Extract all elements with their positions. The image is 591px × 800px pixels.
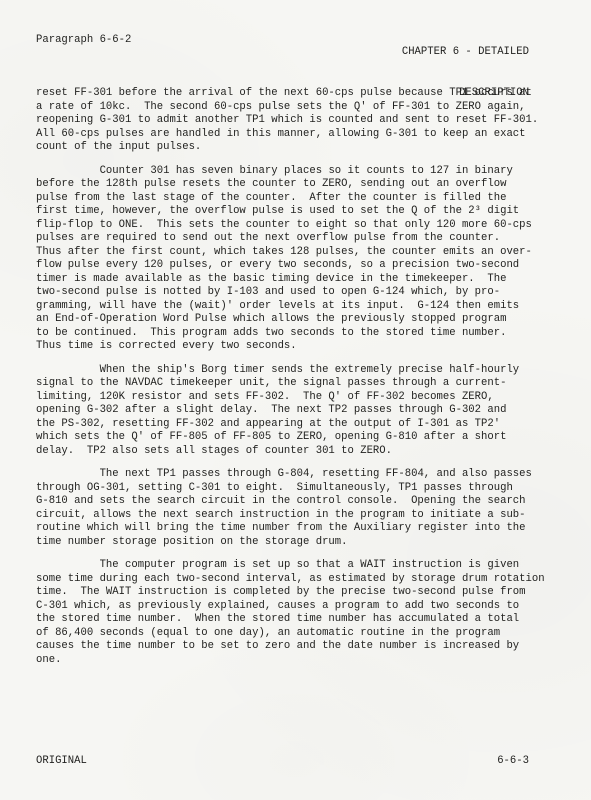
body-paragraph-3: When the ship's Borg timer sends the ext… (36, 364, 558, 459)
page-footer: ORIGINAL 6-6-3 (36, 755, 529, 769)
chapter-header-line1: CHAPTER 6 - DETAILED (402, 46, 529, 60)
paragraph-reference: Paragraph 6-6-2 (36, 34, 131, 48)
document-page: Paragraph 6-6-2 CHAPTER 6 - DETAILED DES… (0, 0, 591, 800)
footer-edition-label: ORIGINAL (36, 755, 87, 769)
body-paragraph-1: reset FF-301 before the arrival of the n… (36, 87, 558, 155)
document-body: reset FF-301 before the arrival of the n… (36, 87, 558, 677)
footer-page-number: 6-6-3 (497, 755, 529, 769)
body-paragraph-4: The next TP1 passes through G-804, reset… (36, 468, 558, 549)
body-paragraph-2: Counter 301 has seven binary places so i… (36, 165, 558, 354)
body-paragraph-5: The computer program is set up so that a… (36, 559, 558, 667)
